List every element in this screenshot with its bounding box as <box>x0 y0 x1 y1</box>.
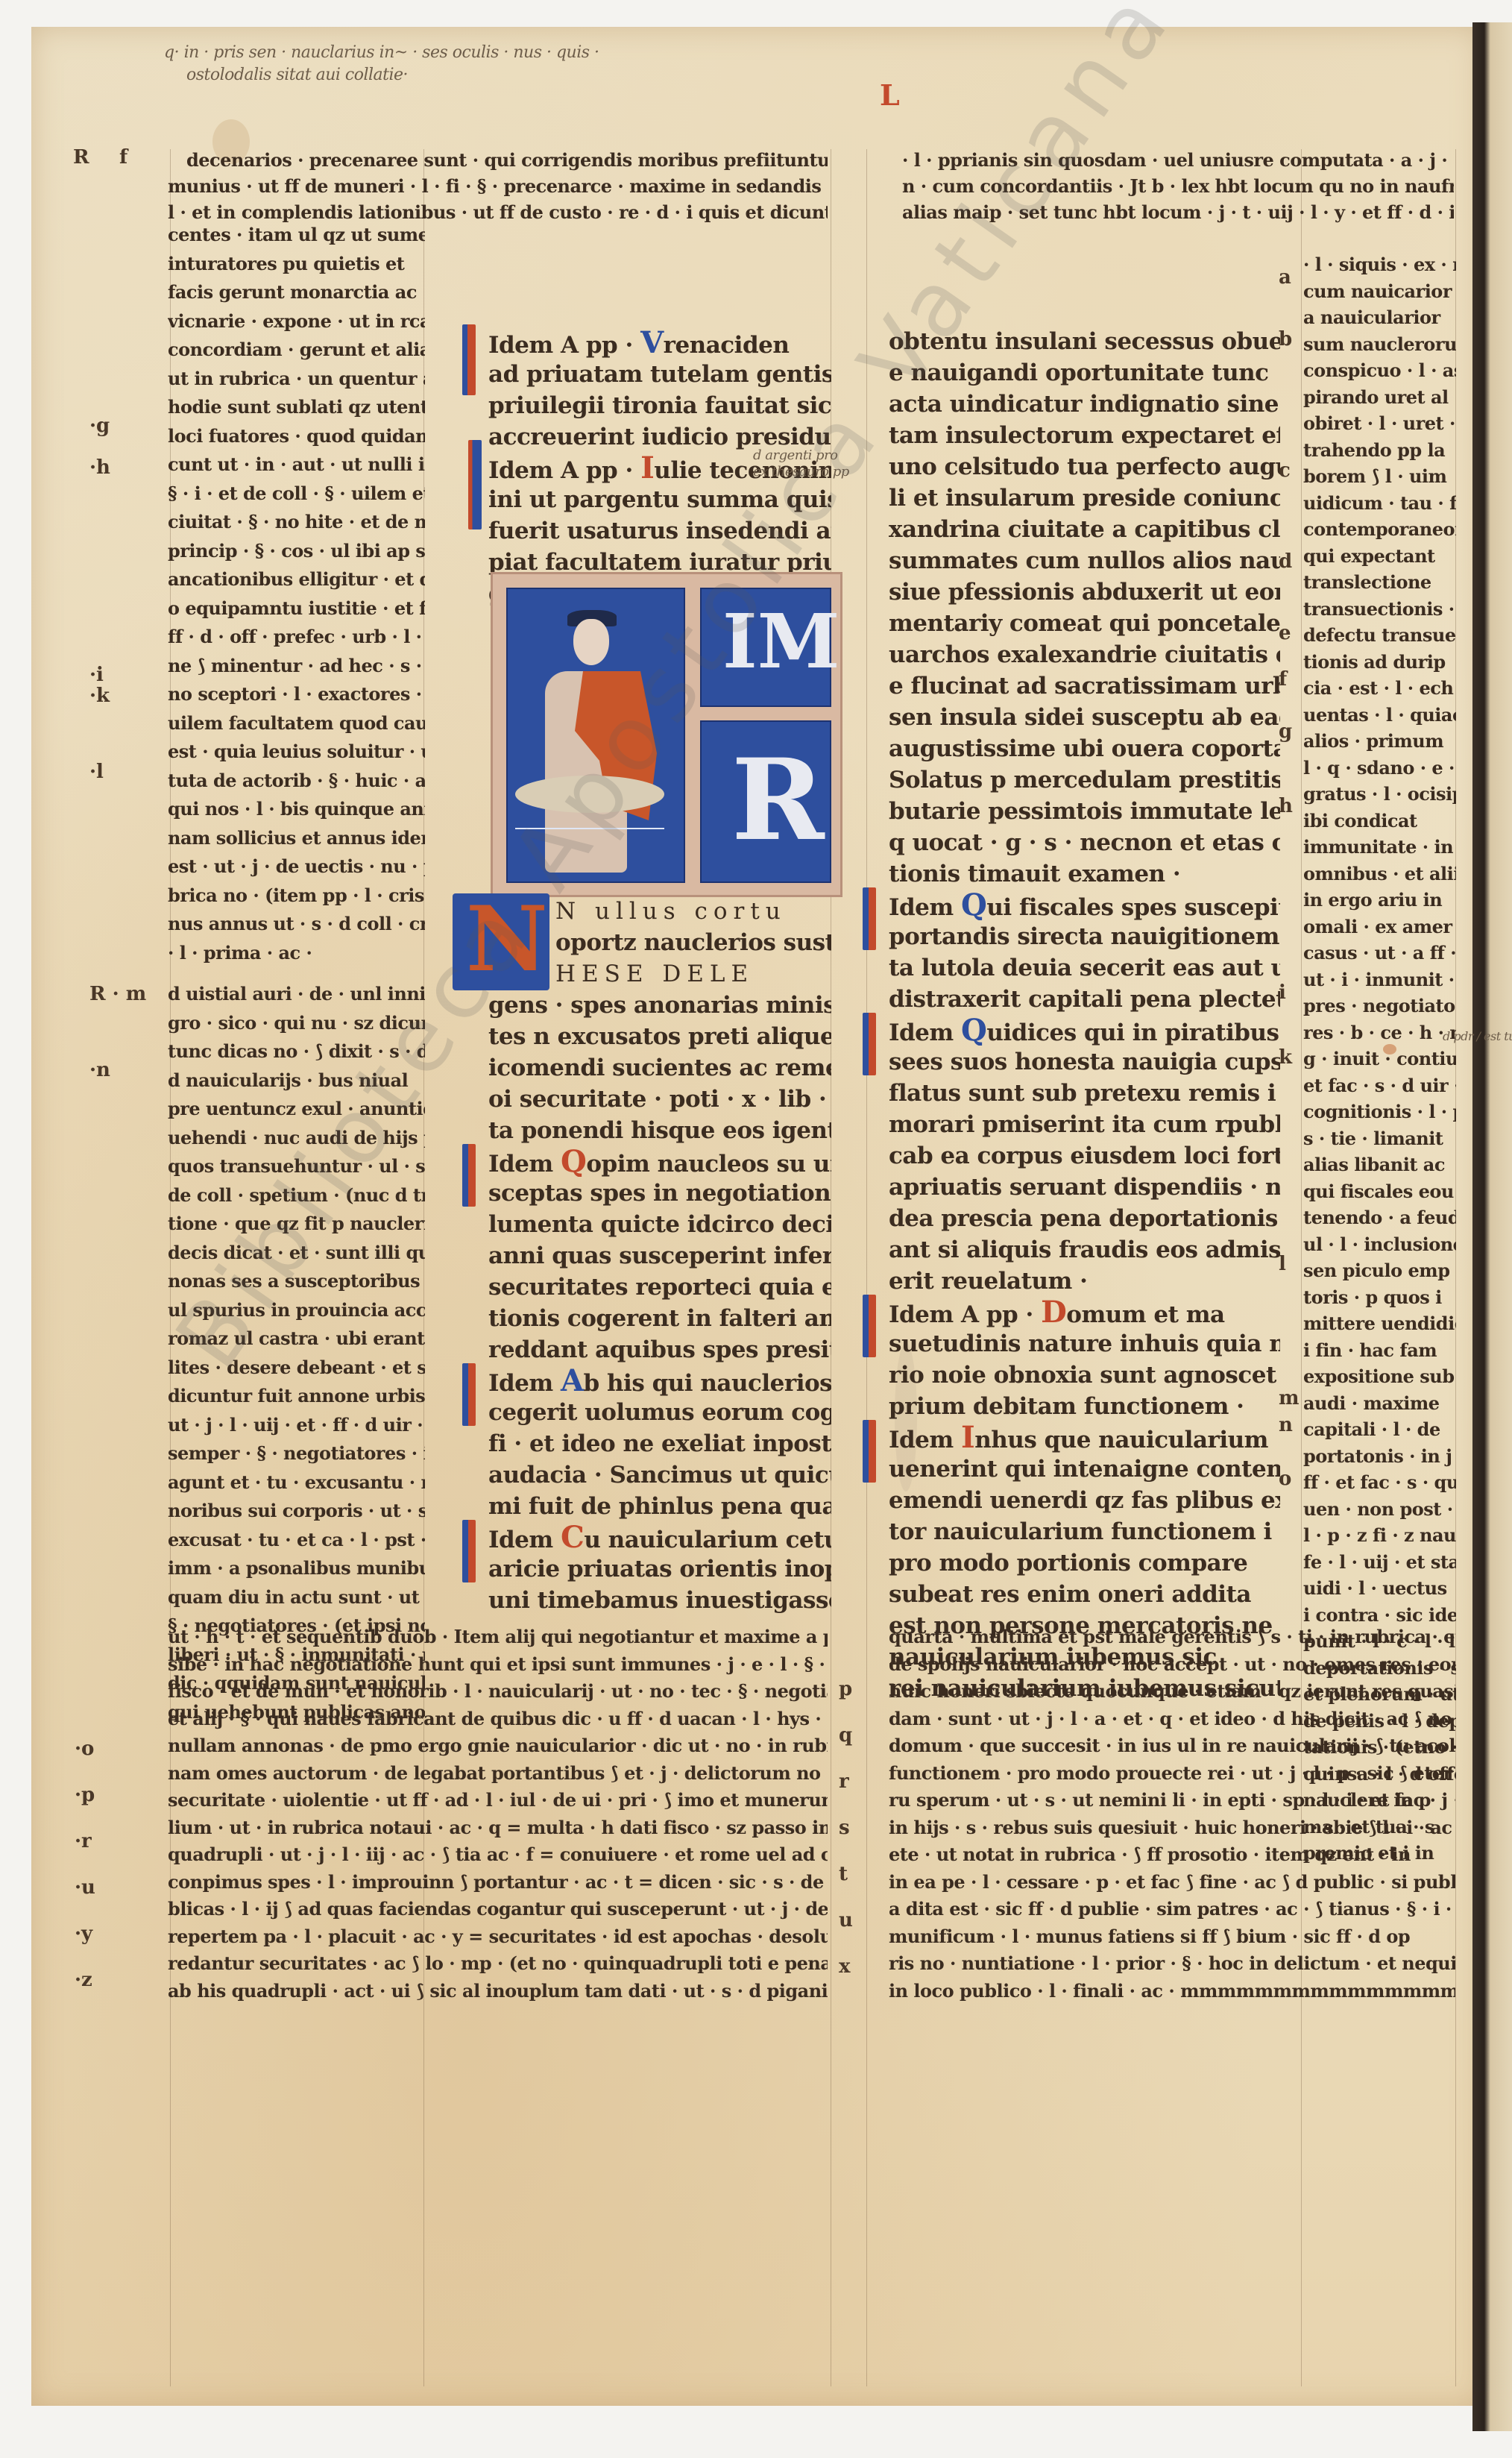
text-line: l · p · z fi · z nauta <box>1303 1524 1456 1547</box>
text-line: ciuitat · § · no hite · et de man · <box>168 511 425 533</box>
text-line: morari pmiserint ita cum rpublice <box>889 1110 1280 1140</box>
text-line: de spolijs nauicularior · hoc accept · u… <box>889 1653 1455 1676</box>
marginal-note: d pdr / est tur <box>1443 1029 1512 1043</box>
text-line: i fin · hac fam <box>1303 1339 1456 1362</box>
text-line: uilem facultatem quod cauti <box>168 712 425 735</box>
text-line: fe · l · uij · et stant · <box>1303 1551 1456 1574</box>
paragraph-mark <box>462 324 476 395</box>
margin-letter: c <box>1279 459 1291 482</box>
paragraph-mark <box>462 1144 476 1207</box>
decorated-initial: Q <box>561 1147 586 1177</box>
text-line: a dita est · sic ff · d publie · sim pat… <box>889 1898 1455 1920</box>
margin-letter: i <box>1279 981 1286 1004</box>
text-line: alias libanit ac <box>1303 1154 1456 1176</box>
text-line: cunt ut · in · aut · ut nulli iudi · <box>168 453 425 476</box>
text-line: ff · et fac · s · qui <box>1303 1471 1456 1494</box>
figure-head <box>573 619 609 665</box>
rubric-line: Idem Inhus que nauicularium <box>889 1423 1280 1453</box>
text-line: mentariy comeat qui poncetales na <box>889 609 1280 638</box>
text-line: audi · maxime <box>1303 1392 1456 1415</box>
text-line: ne ⟆ minentur · ad hec · s · d sij <box>168 655 425 677</box>
text-line: li et insularum preside coniunctis ab al… <box>889 483 1280 513</box>
margin-mark: R <box>73 146 89 169</box>
text-line: huic honeri sbiecte quocunque · etiam · … <box>889 1680 1455 1703</box>
text-line: g · inuit · contiu <box>1303 1048 1456 1070</box>
margin-letter: R · m <box>89 983 146 1005</box>
text-line: nullam annonas · de pmo ergo gnie nauicu… <box>168 1735 828 1757</box>
text-line: functionem · pro modo prouecte rei · ut … <box>889 1762 1455 1785</box>
text-line: immunitate · in <box>1303 836 1456 858</box>
text-line: borem ⟆ l · uim <box>1303 465 1456 488</box>
text-span: uidices qui in piratibus dicec <box>986 1019 1280 1046</box>
text-line: gens · spes anonarias ministe <box>488 990 831 1020</box>
paragraph-mark <box>468 440 482 529</box>
text-line: cegerit uolumus eorum cognonis latis <box>488 1398 831 1427</box>
text-line: tam insulectorum expectaret effectu i <box>889 421 1280 450</box>
rubric: Idem <box>488 1527 561 1553</box>
text-line: qui nos · l · bis quinque annos <box>168 798 425 820</box>
text-line: est · ut · j · de uectis · nu · po · in … <box>168 855 425 878</box>
text-span: u nauicularium cetus teneat · <box>584 1527 831 1553</box>
margin-letter: ·o <box>75 1738 94 1760</box>
text-line: aricie priuatas orientis inopiam <box>488 1554 831 1584</box>
text-line: lium · ut · in rubrica notaui · ac · q =… <box>168 1817 828 1839</box>
text-line: gratus · l · ocisip <box>1303 783 1456 805</box>
text-line: cab ea corpus eiusdem loci fortiatur <box>889 1141 1280 1171</box>
text-line: pres · negotiato <box>1303 995 1456 1017</box>
text-line: ta lutola deuia secerit eas aut uendo <box>889 953 1280 983</box>
paragraph-mark <box>863 887 876 950</box>
text-line: Solatus p mercedulam prestitis ext <box>889 765 1280 795</box>
text-line: mittere uendidic <box>1303 1313 1456 1335</box>
main-text-line: oportz nauclerios sust <box>555 928 831 958</box>
margin-letter: u <box>839 1909 853 1931</box>
initial-letter-r: R <box>731 744 825 856</box>
text-span: b his qui nauclerios pra <box>584 1370 831 1396</box>
margin-letter: x <box>839 1955 851 1978</box>
text-line: ut · h · t · et sequentib duob · Item al… <box>168 1626 828 1648</box>
rubric-line: Idem Qopim naucleos su uit <box>488 1147 831 1177</box>
text-line: sees suos honesta nauigia cupsiori <box>889 1047 1280 1077</box>
text-line: vicnarie · expone · ut in rca · <box>168 310 425 333</box>
decorated-initial: Q <box>961 890 986 920</box>
text-line: ab his quadrupli · act · ui ⟆ sic al ino… <box>168 1980 828 2002</box>
text-line: quadrupli · ut · j · l · iij · ac · ⟆ ti… <box>168 1843 828 1866</box>
text-line: tenendo · a feudo <box>1303 1207 1456 1229</box>
paragraph-mark <box>863 1013 876 1075</box>
text-line: res · b · ce · h · ma <box>1303 1022 1456 1044</box>
text-line: icomendi sucientes ac remeantes <box>488 1053 831 1083</box>
text-line: translectione <box>1303 571 1456 594</box>
main-text-line: priuilegii tironia fauitat sicut xxxvi <box>488 391 831 421</box>
text-line: i contra · sic ide <box>1303 1604 1456 1626</box>
text-line: acta uindicatur indignatio sine <box>889 389 1280 419</box>
text-line: prium debitam functionem · <box>889 1392 1280 1421</box>
rubric-line: Idem Qui fiscales spes suscepit de <box>889 890 1280 920</box>
text-line: inturatores pu quietis et <box>168 253 425 275</box>
text-line: reddant aquibus spes presite sunt · <box>488 1335 831 1365</box>
margin-letter: ·i <box>89 664 104 686</box>
decorated-initial: I <box>640 453 654 483</box>
text-line: summates cum nullos alios naucleros <box>889 546 1280 576</box>
title-rubric-line: N ullus cortu <box>555 896 831 926</box>
margin-letter: k <box>1279 1046 1292 1069</box>
decorated-initial: I <box>961 1423 974 1453</box>
text-line: uarchos exalexandrie ciuitatis ex litt <box>889 640 1280 670</box>
margin-letter: ·y <box>75 1923 92 1945</box>
text-line: hodie sunt sublati qz utentur <box>168 396 425 418</box>
text-line: q uocat · g · s · necnon et etas cognos <box>889 828 1280 858</box>
text-line: in hijs · s · rebus suis quesiuit · huic… <box>889 1817 1455 1839</box>
text-line: sibe · in hac negotiatione hunt qui et i… <box>168 1653 828 1676</box>
text-line: loci fuatores · quod quidam di <box>168 425 425 447</box>
margin-letter: g <box>1279 720 1292 743</box>
text-line: · l · siquis · ex · nau <box>1303 254 1456 276</box>
text-line: uidi · l · uectus <box>1303 1577 1456 1600</box>
decorated-initial: Q <box>961 1016 986 1046</box>
margin-letter: ·z <box>75 1969 92 1991</box>
text-line: blicas · l · ij ⟆ ad quas faciendas coga… <box>168 1898 828 1920</box>
margin-letter: b <box>1279 328 1292 351</box>
margin-letter: o <box>1279 1468 1291 1490</box>
decorated-initial: C <box>561 1523 584 1553</box>
text-line: excusat · tu · et ca · l · pst · item su… <box>168 1529 425 1551</box>
text-line: princip · § · cos · ul ibi ap sidet <box>168 540 425 562</box>
decorated-initial: D <box>1041 1298 1066 1327</box>
text-span: nhus que nauicularium <box>974 1427 1268 1453</box>
text-line: fi · et ideo ne exeliat inposterum eorum <box>488 1429 831 1459</box>
text-line: uidicum · tau · f · <box>1303 492 1456 515</box>
rubric: Idem <box>889 1019 961 1046</box>
text-span: omum et ma <box>1066 1301 1224 1327</box>
text-span: ui fiscales spes suscepit de <box>986 894 1280 920</box>
paragraph-mark <box>863 1420 876 1483</box>
main-text-line: ad priuatam tutelam gentis ac priuat <box>488 359 831 389</box>
rubric: Idem A pp · <box>889 1301 1041 1327</box>
text-line: butarie pessimtois immutate lerco <box>889 796 1280 826</box>
text-line: mi fuit de phinlus pena quadrupli <box>488 1492 831 1521</box>
text-line: augustissime ubi ouera coportaret · <box>889 734 1280 764</box>
text-line: ris no · nuntiatione · l · prior · § · h… <box>889 1952 1455 1975</box>
top-annotation-line: ostolodalis sitat aui collatie· <box>186 66 408 84</box>
rubric: Idem <box>889 894 961 920</box>
text-line: portandis sirecta nauigitionem ex rep <box>889 922 1280 952</box>
text-line: trahendo pp la <box>1303 439 1456 462</box>
text-line: ant si aliquis fraudis eos admisisse fu <box>889 1235 1280 1265</box>
text-line: est · quia leuius soluitur · ut · isti <box>168 741 425 763</box>
text-line: defectu transuec <box>1303 624 1456 647</box>
text-line: toris · p quos i <box>1303 1286 1456 1309</box>
top-annotation-line: q· in · pris sen · nauclarius in~ · ses … <box>164 43 599 62</box>
text-line: emendi uenerdi qz fas plibus ex <box>889 1486 1280 1515</box>
text-line: omnibus · et aliis <box>1303 863 1456 885</box>
text-line: a nauicularior <box>1303 307 1456 329</box>
text-line: quarta · multima et pst male gerentis ⟆ … <box>889 1626 1455 1648</box>
text-line: omali · ex amer <box>1303 916 1456 938</box>
text-line: tor nauicularium functionem i <box>889 1517 1280 1547</box>
margin-letter: m <box>1279 1387 1300 1409</box>
margin-letter: l <box>1279 1253 1286 1275</box>
text-line: nam sollicius et annus idem <box>168 827 425 849</box>
text-line: tionis cogerent in falteri anni eis <box>488 1304 831 1333</box>
rubric: Idem A pp · <box>488 457 633 483</box>
text-line: sum nauclerorum <box>1303 333 1456 356</box>
miniature-letter-panel: R <box>700 720 831 883</box>
text-line: lumenta quicte idcirco decimum ut ir <box>488 1210 831 1239</box>
paragraph-mark <box>462 1363 476 1426</box>
gloss-line: munius · ut ff de muneri · l · fi · § · … <box>168 175 828 198</box>
margin-letter: d <box>1279 550 1292 573</box>
text-line: capitali · l · de <box>1303 1418 1456 1441</box>
text-line: ut · i · inmunit · lec <box>1303 969 1456 991</box>
main-text-span: renaciden <box>664 332 790 358</box>
text-line: flatus sunt sub pretexu remis i <box>889 1078 1280 1108</box>
rubric-line: Idem Ab his qui nauclerios pra <box>488 1366 831 1396</box>
text-line: pirando uret al <box>1303 386 1456 409</box>
decorated-initial: V <box>640 328 664 358</box>
margin-mark: f <box>119 146 127 169</box>
text-line: ff · d · off · prefec · urb · l · i · § … <box>168 626 425 648</box>
text-line: in loco publico · l · finali · ac · mmmm… <box>889 1980 1455 2002</box>
text-line: portatonis · in j · l · <box>1303 1445 1456 1468</box>
margin-letter: ·k <box>89 685 110 707</box>
text-line: transuectionis · l · pp <box>1303 598 1456 620</box>
text-line: fisco · et de mun · et honorib · l · nau… <box>168 1680 828 1703</box>
text-line: conspicuo · l · as <box>1303 359 1456 382</box>
text-line: et alij · § · qui naues fabricant de qui… <box>168 1708 828 1730</box>
text-line: rio noie obnoxia sunt agnoscet pri <box>889 1360 1280 1390</box>
margin-letter: h <box>1279 795 1293 817</box>
text-line: dam · sunt · ut · j · l · a · et · q · e… <box>889 1708 1455 1730</box>
text-line: distraxerit capitali pena plectetur · <box>889 984 1280 1014</box>
text-line: siue pfessionis abduxerit ut eorum fru <box>889 577 1280 607</box>
text-line: sen insula sidei susceptu ab eadem <box>889 702 1280 732</box>
text-line: uenerint qui intenaigne conten <box>889 1454 1280 1484</box>
text-line: centes · itam ul qz ut sumend <box>168 224 425 246</box>
gloss-line: l · et in complendis lationibus · ut ff … <box>168 201 828 224</box>
text-line: ancationibus elligitur · et de <box>168 568 425 591</box>
text-line: repertem pa · l · placuit · ac · y = sec… <box>168 1926 828 1948</box>
text-line: tes n excusatos preti aliquem genu <box>488 1022 831 1052</box>
text-line: anni quas susceperint inferunt spes <box>488 1241 831 1271</box>
text-line: securitate · uiolentie · ut ff · ad · l … <box>168 1789 828 1811</box>
text-line: in ergo ariu in <box>1303 889 1456 911</box>
text-line: subeat res enim oneri addita <box>889 1580 1280 1609</box>
text-line: ibi condicat <box>1303 810 1456 832</box>
text-line: securitates reporteci quia et dicta illa <box>488 1272 831 1302</box>
text-line: o equipamntu iustitie · et facit <box>168 597 425 620</box>
text-line: tionis timauit examen · <box>889 859 1280 889</box>
text-line: audacia · Sancimus ut quicunque impi <box>488 1460 831 1490</box>
text-line: concordiam · gerunt et alia <box>168 339 425 361</box>
rubric-line: Idem Cu nauicularium cetus teneat · <box>488 1523 831 1553</box>
text-line: redantur securitates · ac ⟆ lo · mp · (e… <box>168 1952 828 1975</box>
text-line: uno celsitudo tua perfecto augusta <box>889 452 1280 482</box>
text-line: imm · a psonalibus munibus <box>168 1557 425 1580</box>
text-line: apriuatis seruant dispendiis · nau <box>889 1172 1280 1202</box>
paragraph-mark <box>863 1295 876 1357</box>
text-line: oi securitate · poti · x · lib · auri mu… <box>488 1084 831 1114</box>
text-line: ta ponendi hisque eos igentre repu <box>488 1116 831 1145</box>
margin-letter: ·n <box>89 1059 110 1081</box>
margin-letter: ·r <box>75 1830 92 1852</box>
rubric: Idem <box>488 1370 561 1396</box>
text-line: quam diu in actu sunt · ut · ad <box>168 1586 425 1609</box>
text-line: nus annus ut · s · d coll · cris <box>168 913 425 935</box>
text-line: dea prescia pena deportationis excipi <box>889 1204 1280 1233</box>
decorated-initial: A <box>561 1366 584 1396</box>
rubric-line: Idem A pp · Domum et ma <box>889 1298 1280 1327</box>
text-line: ut in rubrica · un quentur an <box>168 368 425 390</box>
margin-letter: ·u <box>75 1876 95 1899</box>
text-line: ul · l · inclusione <box>1303 1233 1456 1256</box>
text-line: § · i · et de coll · § · uilem et dtefen <box>168 483 425 505</box>
margin-letter: n <box>1279 1414 1293 1436</box>
text-line: uentas · l · quiactis · <box>1303 704 1456 726</box>
text-span: opim naucleos su uit <box>586 1151 831 1177</box>
text-line: s · tie · limanit <box>1303 1128 1456 1150</box>
text-line: cum nauicarior <box>1303 280 1456 303</box>
text-line: cia · est · l · ech p <box>1303 677 1456 700</box>
text-line: domum · que succesit · in ius ul in re n… <box>889 1735 1455 1757</box>
text-line: pro modo portionis compare <box>889 1548 1280 1578</box>
text-line: nam omes auctorum · de legabat portantib… <box>168 1762 828 1785</box>
rubric: Idem <box>889 1427 961 1453</box>
margin-letter: a <box>1279 266 1291 289</box>
gloss-line: decenarios · precenaree sunt · qui corri… <box>186 149 828 172</box>
text-line: agunt et · tu · excusantu · nisi am <box>168 1471 425 1494</box>
folio-mark: L <box>880 78 899 112</box>
margin-letter: s <box>839 1817 850 1839</box>
rubric: Idem <box>488 1151 561 1177</box>
text-line: qui expectant <box>1303 545 1456 568</box>
text-line: dicuntur fuit annone urbis <box>168 1385 425 1407</box>
text-line: sceptas spes in negotiationis emo <box>488 1178 831 1208</box>
margin-letter: t <box>839 1863 848 1885</box>
margin-letter: e <box>1279 622 1291 644</box>
paragraph-mark <box>462 1520 476 1582</box>
text-line: ru sperum · ut · s · ut nemini li · in e… <box>889 1789 1455 1811</box>
margin-letter: q <box>839 1724 852 1747</box>
text-line: xandrina ciuitate a capitibus clasi <box>889 515 1280 544</box>
margin-letter: r <box>839 1770 849 1793</box>
text-line: sen piculo emp <box>1303 1260 1456 1282</box>
text-line: no sceptori · l · exactores · ac · <box>168 683 425 705</box>
rubric: Idem A pp · <box>488 332 633 358</box>
main-text-line: Idem A pp · Vrenaciden <box>488 328 824 358</box>
text-line: munificum · l · munus fatiens si ff ⟆ bi… <box>889 1926 1455 1948</box>
margin-letter: p <box>839 1678 852 1700</box>
title-rubric-line: HESE DELE <box>555 959 831 989</box>
text-line: in ea pe · l · cessare · p · et fac ⟆ fi… <box>889 1871 1455 1893</box>
text-line: tionis ad durip <box>1303 651 1456 673</box>
text-line: casus · ut · a ff · <box>1303 942 1456 964</box>
text-line: erit reuelatum · <box>889 1266 1280 1296</box>
text-line: noribus sui corporis · ut · s · de <box>168 1500 425 1522</box>
text-line: expositione sub <box>1303 1365 1456 1388</box>
margin-letter: ·g <box>89 415 110 437</box>
text-line: alios · primum <box>1303 730 1456 752</box>
text-line: brica no · (item pp · l · cris · u <box>168 884 425 907</box>
text-line: conpimus spes · l · improuinn ⟆ portantu… <box>168 1871 828 1893</box>
text-line: uen · non post · <box>1303 1498 1456 1521</box>
margin-letter: ·h <box>89 456 110 479</box>
margin-letter: f <box>1279 668 1287 691</box>
text-line: et fac · s · d uir · fi · <box>1303 1075 1456 1097</box>
text-line: · l · prima · ac · <box>168 942 425 964</box>
text-line: ut · j · l · uij · et · ff · d uir · inm… <box>168 1414 425 1436</box>
text-line: ete · ut notat in rubrica · ⟆ ff prosoti… <box>889 1843 1455 1866</box>
text-line: l · q · sdano · e · plaus <box>1303 757 1456 779</box>
text-line: qui fiscales eou <box>1303 1181 1456 1203</box>
ruling-line <box>1301 149 1302 2386</box>
text-line: uni timebamus inuestigasse clasis <box>488 1585 831 1615</box>
text-line: semper · § · negotiatores · isti at <box>168 1442 425 1465</box>
margin-letter: ·p <box>75 1784 95 1806</box>
text-line: tuta de actorib · § · huic · accursius · <box>168 770 425 792</box>
binding-spine <box>1472 22 1512 2431</box>
text-line: e flucinat ad sacratissimam urbem tam <box>889 671 1280 701</box>
text-line: suetudinis nature inhuis quia nauicula <box>889 1329 1280 1359</box>
text-line: obiret · l · uret · qui <box>1303 412 1456 435</box>
margin-letter: ·l <box>89 761 104 783</box>
text-line: cognitionis · l · p · <box>1303 1101 1456 1123</box>
text-line: facis gerunt monarctia ac <box>168 281 425 304</box>
rubric-line: Idem Quidices qui in piratibus dicec <box>889 1016 1280 1046</box>
text-line: contemporaneorum <box>1303 518 1456 541</box>
